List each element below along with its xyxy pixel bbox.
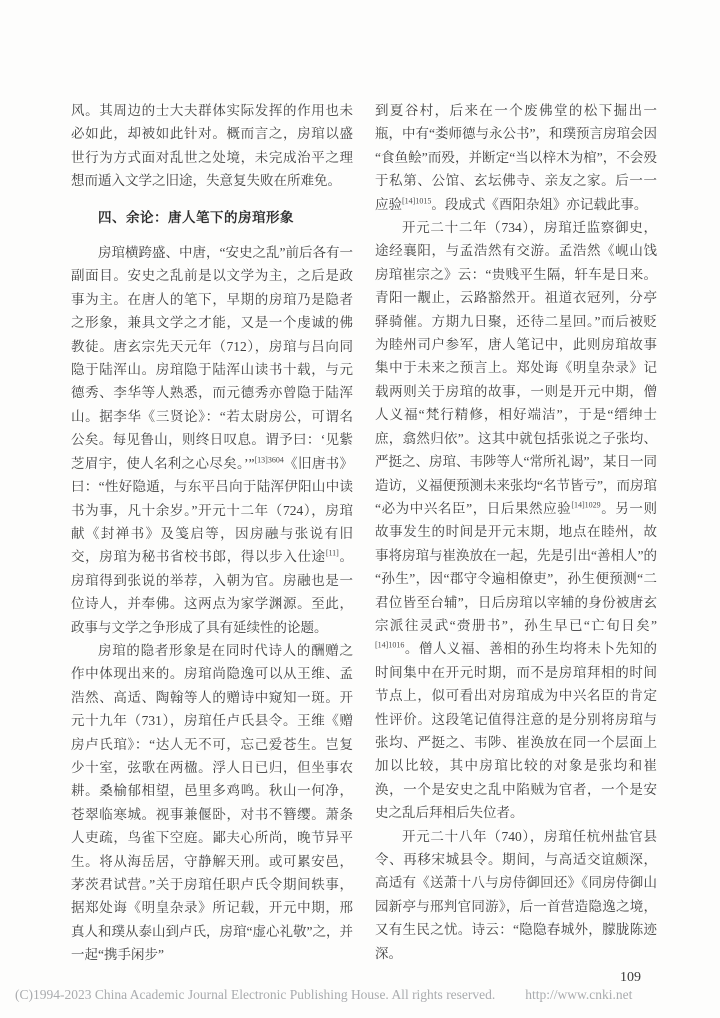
citation-superscript: [14]1029 — [571, 500, 600, 509]
paragraph: 房琯横跨盛、中唐，“安史之乱”前后各有一副面目。安史之乱前是以文学为主，之后是政… — [71, 241, 353, 639]
two-column-text-area: 风。其周边的士大夫群体实际发挥的作用也未必如此，却被如此针对。概而言之，房琯以盛… — [71, 99, 657, 989]
paragraph: 到夏谷村，后来在一个废佛堂的松下掘出一瓶，中有“娄师德与永公书”，和璞预言房琯会… — [375, 99, 657, 216]
copyright-footer: (C)1994-2023 China Academic Journal Elec… — [15, 987, 632, 1003]
citation-superscript: [11] — [326, 549, 339, 558]
left-column: 风。其周边的士大夫群体实际发挥的作用也未必如此，却被如此针对。概而言之，房琯以盛… — [71, 99, 353, 989]
paragraph: 房琯的隐者形象是在同时代诗人的酬赠之作中体现出来的。房琯尚隐逸可以从王维、孟浩然… — [71, 639, 353, 967]
page-number: 109 — [375, 966, 657, 989]
citation-superscript: [14]1016 — [375, 641, 404, 650]
citation-superscript: [14]1015 — [402, 196, 431, 205]
paragraph: 开元二十八年（740），房琯任杭州盐官县令、再移宋城县令。期间，与高适交谊颇深，… — [375, 825, 657, 965]
scanned-paper-page: 风。其周边的士大夫群体实际发挥的作用也未必如此，却被如此针对。概而言之，房琯以盛… — [0, 0, 720, 1018]
footer-url: http://www.cnki.net — [525, 987, 632, 1002]
citation-superscript: [13]3604 — [255, 455, 284, 464]
right-column: 到夏谷村，后来在一个废佛堂的松下掘出一瓶，中有“娄师德与永公书”，和璞预言房琯会… — [375, 99, 657, 989]
copyright-text: (C)1994-2023 China Academic Journal Elec… — [15, 987, 495, 1002]
paragraph: 开元二十二年（734），房琯迁监察御史，途经襄阳，与孟浩然有交游。孟浩然《岘山饯… — [375, 216, 657, 825]
section-heading: 四、余论：唐人笔下的房琯形象 — [71, 206, 353, 229]
paragraph: 风。其周边的士大夫群体实际发挥的作用也未必如此，却被如此针对。概而言之，房琯以盛… — [71, 99, 353, 193]
